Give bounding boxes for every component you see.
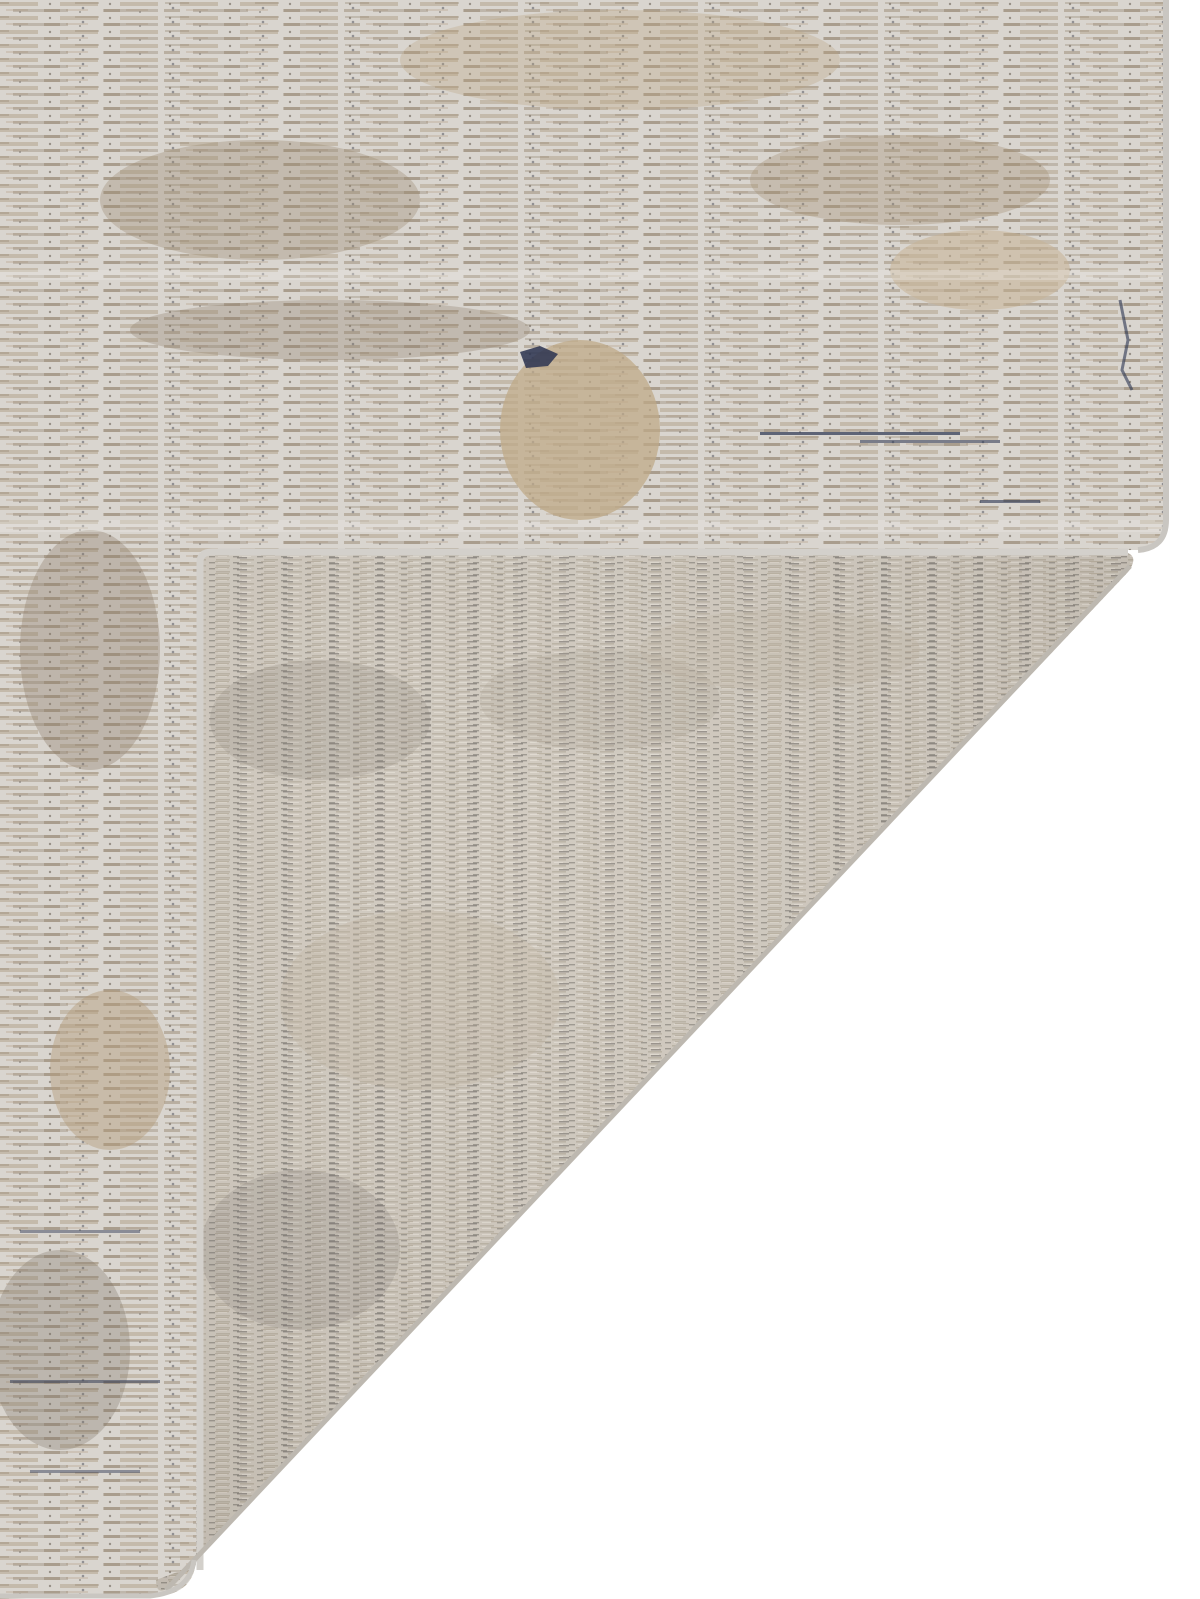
rug-product-photo — [0, 0, 1200, 1599]
rug-illustration — [0, 0, 1200, 1599]
